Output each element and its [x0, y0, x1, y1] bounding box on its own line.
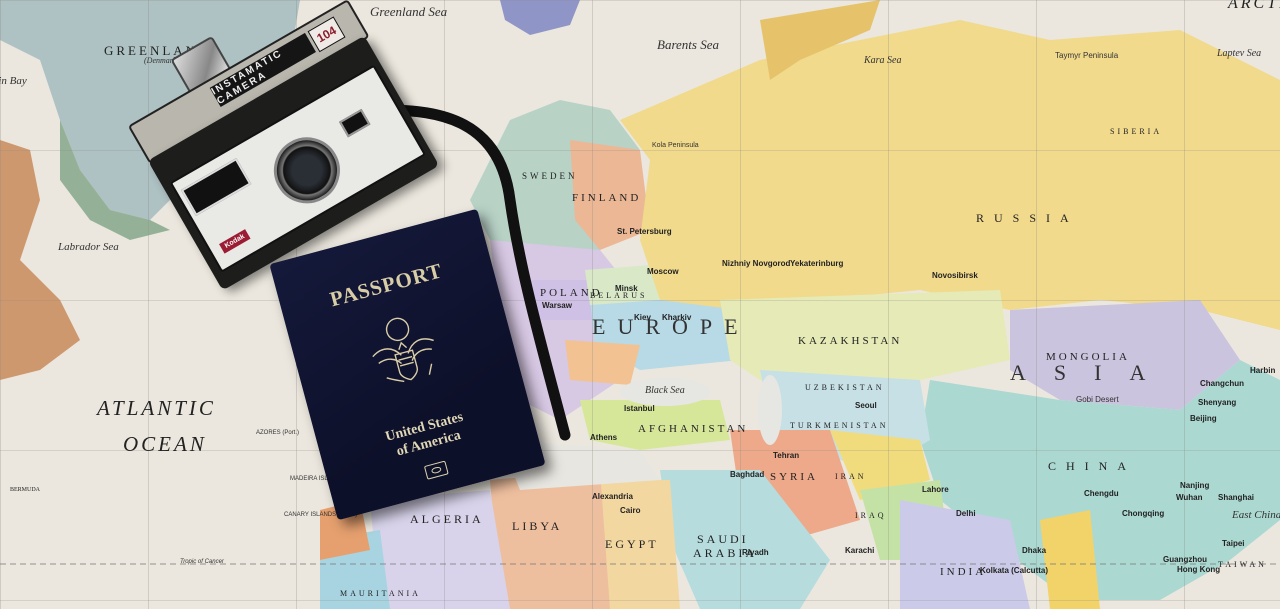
label-baffin-bay: Baffin Bay [0, 76, 27, 87]
label-moscow: Moscow [647, 268, 679, 276]
label-laptev-sea: Laptev Sea [1217, 49, 1261, 59]
label-istanbul: Istanbul [624, 405, 655, 413]
label-belarus: BELARUS [590, 292, 647, 300]
label-iran: SYRIA [770, 472, 818, 483]
label-taymyr: Taymyr Peninsula [1055, 52, 1118, 60]
label-dhaka: Dhaka [1022, 547, 1046, 555]
label-kiev: Kiev [634, 314, 651, 322]
label-kharkiv: Kharkiv [662, 314, 691, 322]
label-asia: ASIA [1010, 362, 1173, 384]
label-mongolia: MONGOLIA [1046, 352, 1130, 363]
passport-title: PASSPORT [279, 245, 493, 325]
label-guangzhou: Guangzhou [1163, 556, 1207, 564]
label-baghdad: Baghdad [730, 471, 764, 479]
label-finland: FINLAND [572, 193, 641, 204]
label-algeria: ALGERIA [410, 513, 484, 525]
label-azores: AZORES (Port.) [256, 430, 299, 436]
label-minsk: Minsk [615, 285, 638, 293]
label-shanghai: Shanghai [1218, 494, 1254, 502]
label-turkey: AFGHANISTAN [638, 424, 748, 435]
label-siberia: SIBERIA [1110, 128, 1162, 136]
label-ocean: OCEAN [123, 434, 207, 455]
label-karachi: Karachi [845, 547, 874, 555]
photo-scene: GREENLAND (Denmark) Greenland Sea Barent… [0, 0, 1280, 609]
label-harbin: Harbin [1250, 367, 1275, 375]
label-tashkent: Seoul [855, 402, 877, 410]
label-wuhan: Wuhan [1176, 494, 1203, 502]
label-china: CHINA [1048, 460, 1136, 472]
label-turkmenistan: TURKMENISTAN [790, 422, 888, 430]
eagle-seal-icon [358, 306, 451, 401]
label-alexandria: Alexandria [592, 493, 633, 501]
label-bermuda: BERMUDA [10, 487, 40, 493]
label-labrador-sea: Labrador Sea [58, 242, 119, 253]
label-gobi: Gobi Desert [1076, 396, 1119, 404]
label-yekaterinburg: Yekaterinburg [790, 260, 843, 268]
label-east-china-sea: East China Sea [1232, 510, 1280, 521]
label-greenland-sea: Greenland Sea [370, 5, 447, 18]
label-afghanistan: IRAN [835, 473, 867, 481]
label-lahore: Lahore [922, 486, 949, 494]
label-hong-kong: Hong Kong [1177, 566, 1220, 574]
biometric-chip-icon [424, 461, 449, 480]
label-taiwan: TAIWAN [1218, 561, 1267, 569]
label-russia: RUSSIA [976, 212, 1079, 224]
label-shenyang: Shenyang [1198, 399, 1236, 407]
label-tropic: Tropic of Cancer [180, 559, 224, 565]
label-libya: LIBYA [512, 520, 562, 532]
label-kara-sea: Kara Sea [864, 56, 902, 66]
label-egypt: EGYPT [605, 538, 659, 550]
label-tehran: Tehran [773, 452, 799, 460]
label-kazakhstan: KAZAKHSTAN [798, 336, 902, 347]
label-nanjing: Nanjing [1180, 482, 1209, 490]
label-atlantic: ATLANTIC [97, 398, 216, 419]
label-taipei: Taipei [1222, 540, 1245, 548]
label-uzbekistan: UZBEKISTAN [805, 384, 885, 392]
label-chengdu: Chengdu [1084, 490, 1119, 498]
label-delhi: Delhi [956, 510, 976, 518]
label-novosibirsk: Novosibirsk [932, 272, 978, 280]
label-riyadh: Riyadh [742, 549, 769, 557]
label-mauritania: MAURITANIA [340, 590, 421, 598]
label-cairo: Cairo [620, 507, 640, 515]
label-barents-sea: Barents Sea [657, 38, 719, 51]
label-athens: Athens [590, 434, 617, 442]
label-arctic: ARCTIC [1228, 0, 1280, 12]
label-saudi: SAUDI [697, 533, 749, 545]
label-kola: Kola Peninsula [652, 142, 699, 149]
label-warsaw: Warsaw [542, 302, 572, 310]
label-chongqing: Chongqing [1122, 510, 1164, 518]
label-black-sea: Black Sea [645, 386, 685, 396]
label-st-petersburg: St. Petersburg [617, 228, 672, 236]
label-pakistan: IRAQ [855, 512, 887, 520]
label-nizhniy: Nizhniy Novgorod [722, 260, 790, 268]
label-sweden: SWEDEN [522, 172, 578, 181]
label-beijing: Beijing [1190, 415, 1217, 423]
label-changchun: Changchun [1200, 380, 1244, 388]
label-kolkata: Kolkata (Calcutta) [980, 567, 1048, 575]
